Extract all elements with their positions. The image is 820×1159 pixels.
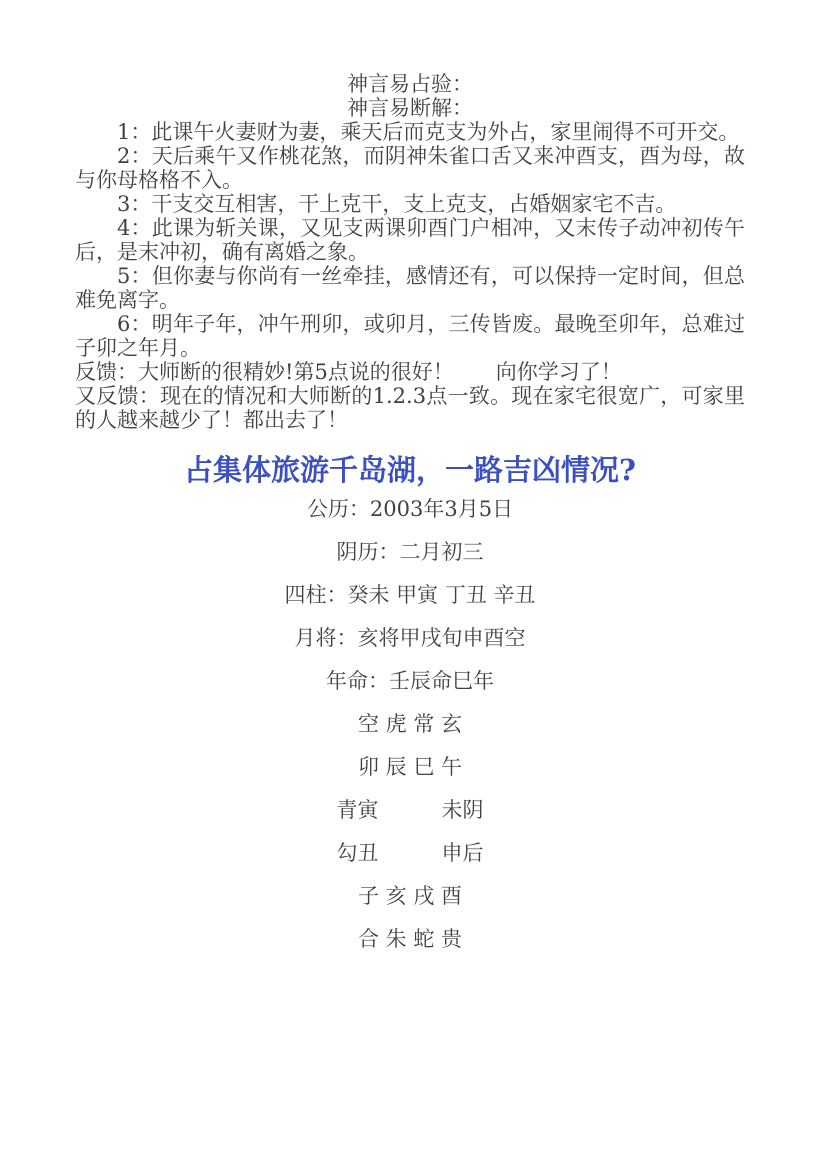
- board-row-2: 卯 辰 巳 午: [75, 746, 745, 789]
- analysis-item-4: 4：此课为斩关课，又见支两课卯酉门户相冲，又末传子动冲初传午后，是末冲初，确有离…: [75, 216, 745, 264]
- board-row-6: 合 朱 蛇 贵: [75, 918, 745, 961]
- analysis-item-3: 3：干支交互相害，干上克干，支上克支，占婚姻家宅不吉。: [75, 192, 745, 216]
- feedback-line-1: 反馈：大师断的很精妙!第5点说的很好！ 向你学习了！: [75, 360, 745, 384]
- analysis-item-2: 2：天后乘午又作桃花煞，而阴神朱雀口舌又来冲酉支，酉为母，故与你母格格不入。: [75, 144, 745, 192]
- question-title: 占集体旅游千岛湖，一路吉凶情况?: [75, 452, 745, 488]
- section-heading-divination-analysis: 神言易断解：: [75, 96, 745, 120]
- board-row-4: 勾丑 申后: [75, 832, 745, 875]
- board-row-1: 空 虎 常 玄: [75, 703, 745, 746]
- section-heading-divination-verify: 神言易占验：: [75, 72, 745, 96]
- feedback-line-2: 又反馈：现在的情况和大师断的1.2.3点一致。现在家宅很宽广，可家里的人越来越少…: [75, 384, 745, 432]
- analysis-item-5: 5：但你妻与你尚有一丝牵挂，感情还有，可以保持一定时间，但总难免离字。: [75, 264, 745, 312]
- board-row-5: 子 亥 戌 酉: [75, 875, 745, 918]
- info-four-pillars: 四柱：癸未 甲寅 丁丑 辛丑: [75, 574, 745, 617]
- board-row-3: 青寅 未阴: [75, 789, 745, 832]
- document-content: 神言易占验： 神言易断解： 1：此课午火妻财为妻，乘天后而克支为外占，家里闹得不…: [0, 0, 820, 961]
- analysis-item-6: 6：明年子年，冲午刑卯，或卯月，三传皆废。最晚至卯年，总难过子卯之年月。: [75, 312, 745, 360]
- info-solar-date: 公历：2003年3月5日: [75, 488, 745, 531]
- info-year-fate: 年命：壬辰命巳年: [75, 660, 745, 703]
- analysis-item-1: 1：此课午火妻财为妻，乘天后而克支为外占，家里闹得不可开交。: [75, 120, 745, 144]
- document-page: 神言易占验： 神言易断解： 1：此课午火妻财为妻，乘天后而克支为外占，家里闹得不…: [0, 0, 820, 1159]
- info-lunar-date: 阴历：二月初三: [75, 531, 745, 574]
- info-month-general: 月将：亥将甲戌旬申酉空: [75, 617, 745, 660]
